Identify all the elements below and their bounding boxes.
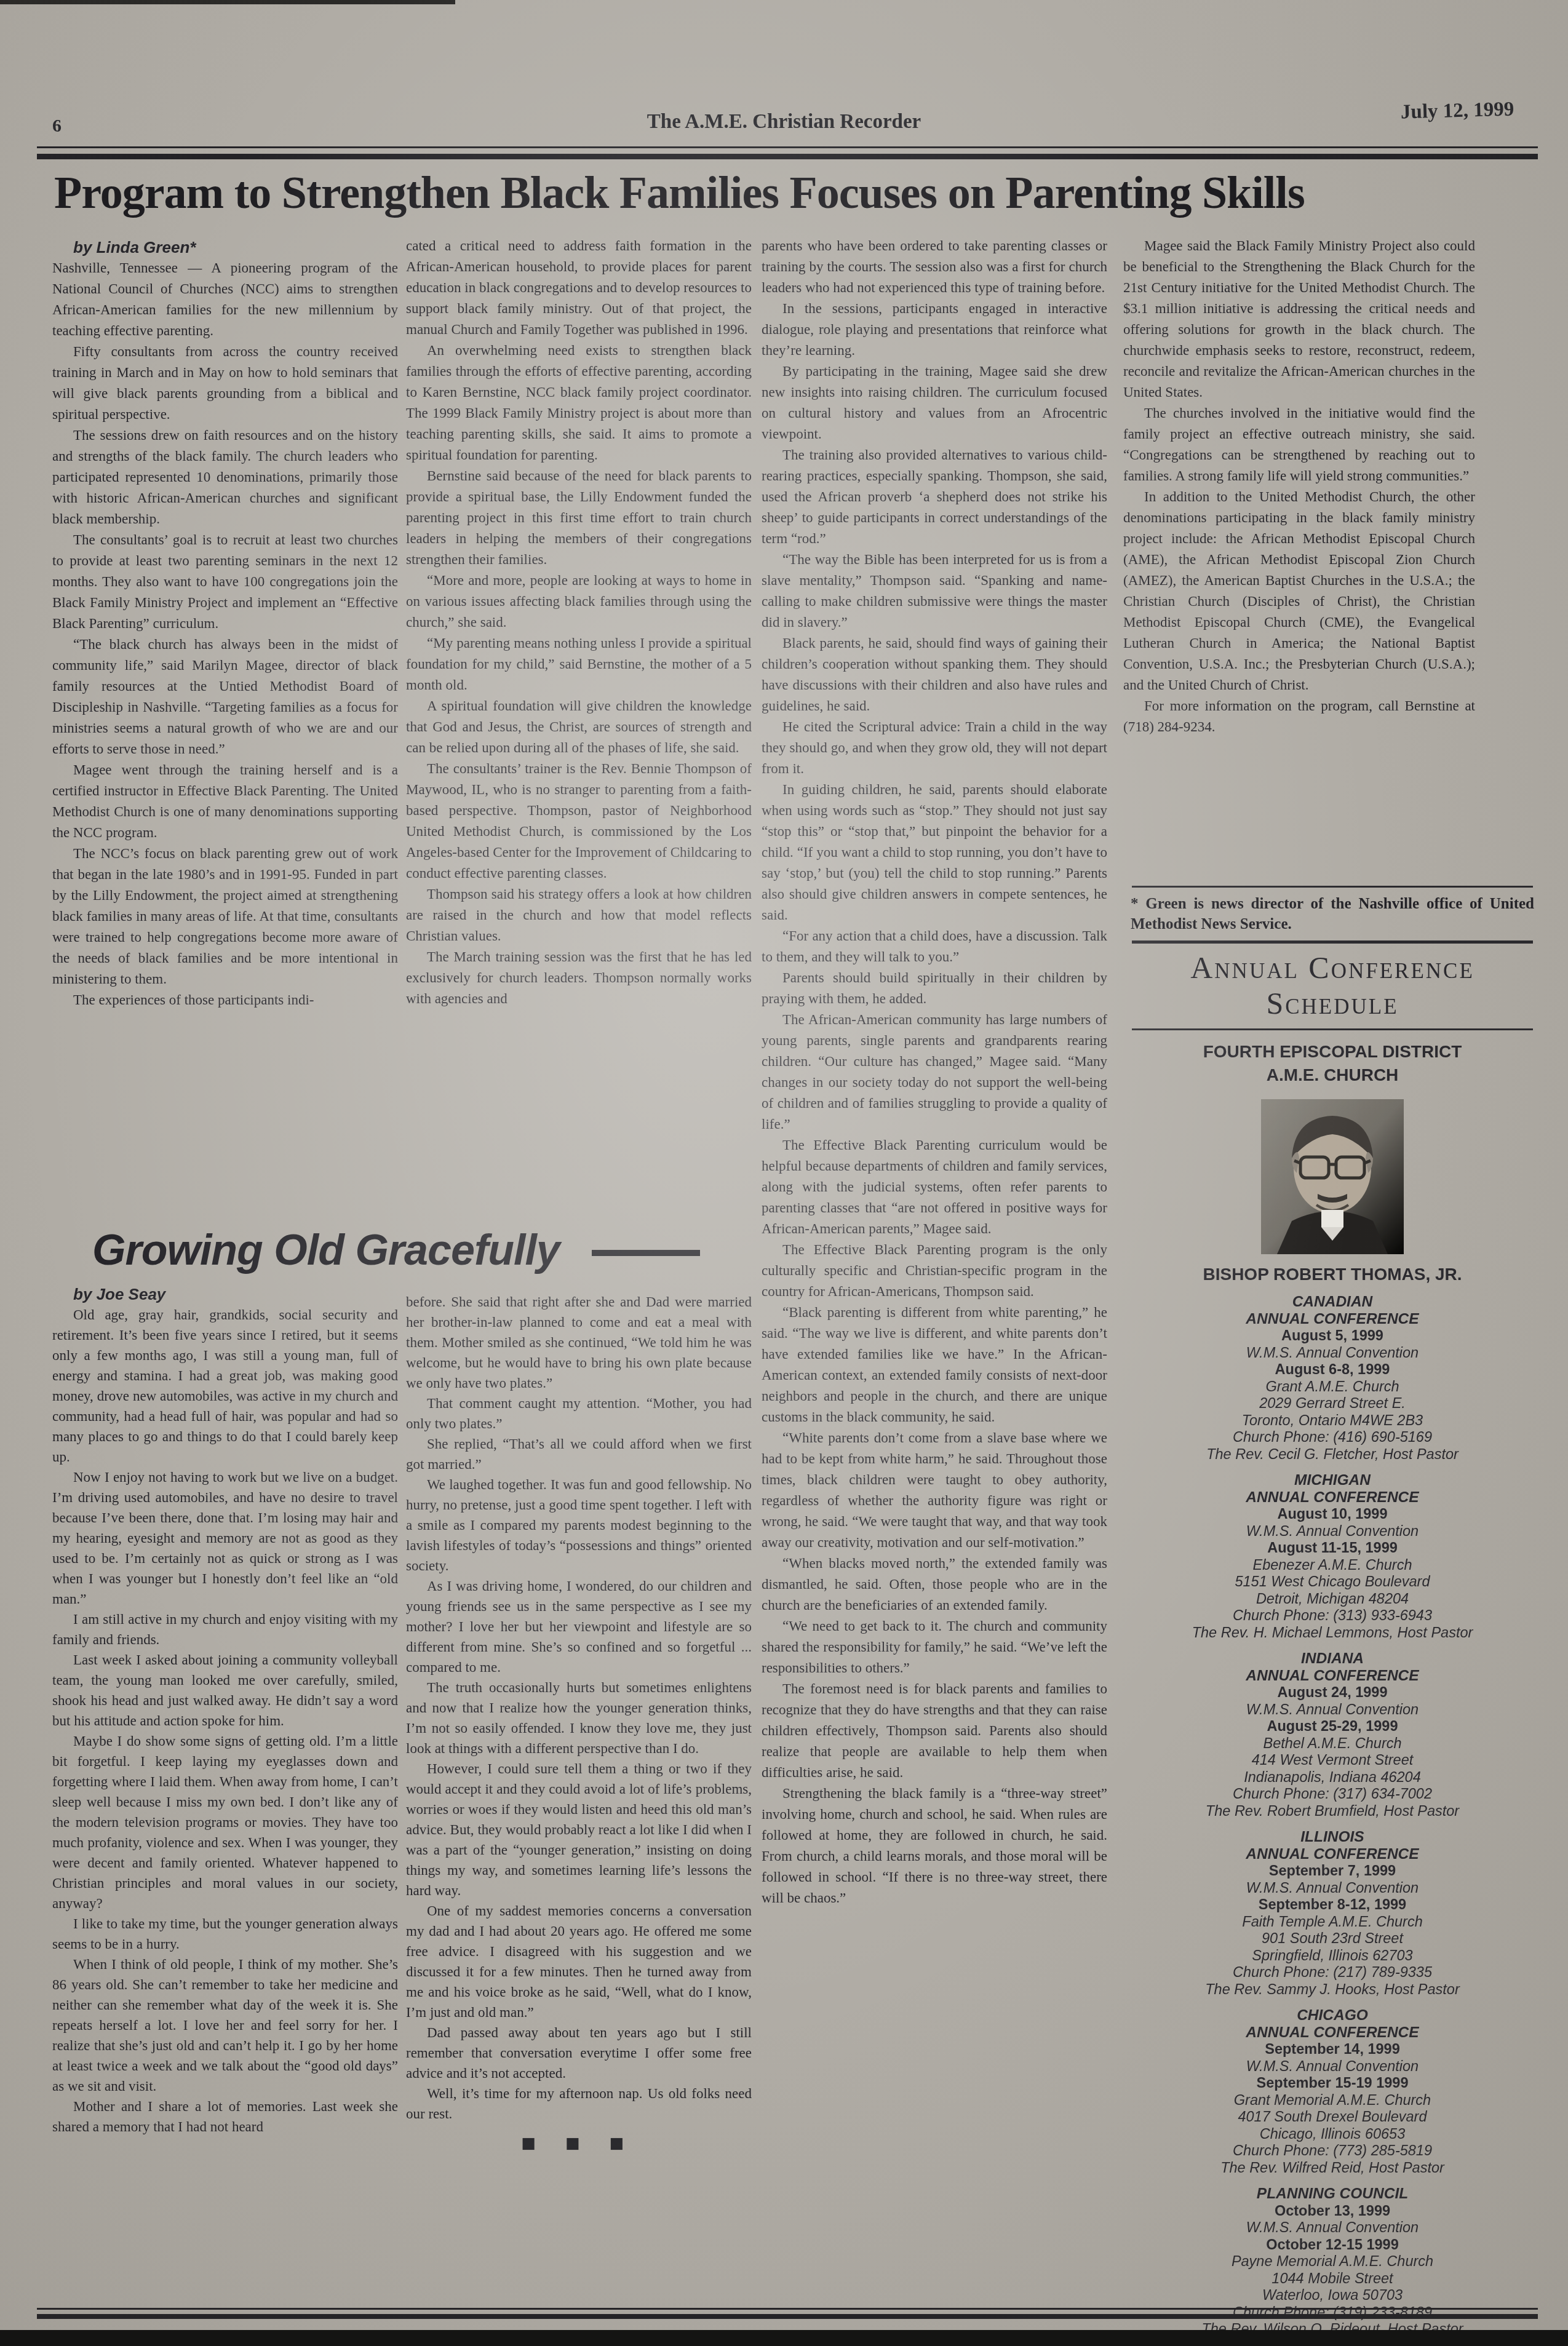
schedule-line: Faith Temple A.M.E. Church (1131, 1914, 1534, 1931)
schedule-line: 901 South 23rd Street (1131, 1930, 1534, 1947)
paragraph: “The way the Bible has been interpreted … (762, 549, 1107, 633)
column-text: before. She said that right after she an… (406, 1292, 752, 2124)
schedule-line: W.M.S. Annual Convention (1131, 1523, 1534, 1540)
schedule-line: The Rev. Wilfred Reid, Host Pastor (1131, 2160, 1534, 2177)
paragraph: However, I could sure tell them a thing … (406, 1759, 752, 1901)
paragraph: For more information on the program, cal… (1123, 696, 1475, 738)
schedule-line: Ebenezer A.M.E. Church (1131, 1557, 1534, 1574)
issue-date: July 12, 1999 (1400, 98, 1514, 124)
schedule-line: Waterloo, Iowa 50703 (1131, 2287, 1534, 2304)
schedule-line: 5151 West Chicago Boulevard (1131, 1573, 1534, 1591)
schedule-line: August 10, 1999 (1131, 1506, 1534, 1523)
schedule-line: ANNUAL CONFERENCE (1131, 1311, 1534, 1328)
bishop-photo (1261, 1099, 1404, 1257)
newspaper-page: 6 The A.M.E. Christian Recorder July 12,… (0, 0, 1568, 2330)
paragraph: A spiritual foundation will give childre… (406, 696, 752, 758)
paragraph: One of my saddest memories concerns a co… (406, 1901, 752, 2022)
schedule-line: W.M.S. Annual Convention (1131, 1345, 1534, 1362)
schedule-line: The Rev. Sammy J. Hooks, Host Pastor (1131, 1981, 1534, 1998)
scan-edge-bottom (0, 2330, 1568, 2346)
paragraph: parents who have been ordered to take pa… (762, 236, 1107, 298)
paragraph: In addition to the United Methodist Chur… (1123, 487, 1475, 696)
paragraph: As I was driving home, I wondered, do ou… (406, 1576, 752, 1677)
author-footnote: * Green is news director of the Nashvill… (1131, 894, 1534, 934)
growing-column-1: by Joe Seay Old age, gray hair, grandkid… (52, 1284, 398, 2137)
schedule-line: October 12-15 1999 (1131, 2237, 1534, 2254)
schedule-line: Bethel A.M.E. Church (1131, 1735, 1534, 1752)
paragraph: Bernstine said because of the need for b… (406, 466, 752, 570)
paragraph: Magee went through the training herself … (52, 760, 398, 843)
bishop-portrait-photo-icon (1261, 1099, 1404, 1254)
paragraph: “My parenting means nothing unless I pro… (406, 633, 752, 696)
paragraph: Last week I asked about joining a commun… (52, 1650, 398, 1731)
main-byline: by Linda Green* (52, 237, 398, 258)
schedule-line: September 8-12, 1999 (1131, 1896, 1534, 1914)
paragraph: The Effective Black Parenting program is… (762, 1239, 1107, 1302)
schedule-line: September 14, 1999 (1131, 2041, 1534, 2058)
schedule-line: The Rev. Cecil G. Fletcher, Host Pastor (1131, 1446, 1534, 1463)
paragraph: An overwhelming need exists to strengthe… (406, 340, 752, 466)
paragraph: Parents should build spiritually in thei… (762, 968, 1107, 1009)
schedule-line: W.M.S. Annual Convention (1131, 1880, 1534, 1897)
masthead-rule (37, 146, 1538, 159)
column-text: Magee said the Black Family Ministry Pro… (1123, 236, 1475, 738)
paragraph: The experiences of those participants in… (52, 990, 398, 1011)
main-article-column-4: Magee said the Black Family Ministry Pro… (1123, 236, 1475, 738)
main-article-column-3: parents who have been ordered to take pa… (762, 236, 1107, 1909)
paragraph: The consultants’ goal is to recruit at l… (52, 530, 398, 634)
schedule-line: CHICAGO (1131, 2007, 1534, 2024)
schedule-line: W.M.S. Annual Convention (1131, 1701, 1534, 1719)
paragraph: The foremost need is for black parents a… (762, 1679, 1107, 1783)
schedule-line: August 11-15, 1999 (1131, 1540, 1534, 1557)
divider-rule (1132, 1028, 1533, 1030)
schedule-line: 414 West Vermont Street (1131, 1752, 1534, 1769)
paragraph: I like to take my time, but the younger … (52, 1914, 398, 1954)
schedule-line: August 5, 1999 (1131, 1327, 1534, 1345)
schedule-title: Annual Conference Schedule (1131, 950, 1534, 1021)
paragraph: Nashville, Tennessee — A pioneering prog… (52, 258, 398, 341)
paragraph: Well, it’s time for my afternoon nap. Us… (406, 2083, 752, 2124)
paragraph: Magee said the Black Family Ministry Pro… (1123, 236, 1475, 403)
growing-byline: by Joe Seay (52, 1284, 398, 1305)
paragraph: Now I enjoy not having to work but we li… (52, 1467, 398, 1609)
divider-rule (1132, 940, 1533, 944)
schedule-entries: CANADIANANNUAL CONFERENCEAugust 5, 1999W… (1131, 1294, 1534, 2338)
paragraph: cated a critical need to address faith f… (406, 236, 752, 340)
schedule-line: ANNUAL CONFERENCE (1131, 2024, 1534, 2042)
schedule-line: INDIANA (1131, 1650, 1534, 1668)
paragraph: Thompson said his strategy offers a look… (406, 884, 752, 947)
paragraph: The African-American community has large… (762, 1009, 1107, 1135)
schedule-line: Grant Memorial A.M.E. Church (1131, 2092, 1534, 2109)
paragraph: The training also provided alternatives … (762, 445, 1107, 549)
paragraph: Black parents, he said, should find ways… (762, 633, 1107, 717)
paragraph: The sessions drew on faith resources and… (52, 425, 398, 530)
schedule-line: Church Phone: (773) 285-5819 (1131, 2142, 1534, 2160)
bottom-rule-thin (37, 2308, 1538, 2310)
paragraph: “For any action that a child does, have … (762, 926, 1107, 968)
schedule-line: Church Phone: (416) 690-5169 (1131, 1429, 1534, 1446)
paragraph: Fifty consultants from across the countr… (52, 341, 398, 425)
schedule-line: The Rev. Robert Brumfield, Host Pastor (1131, 1803, 1534, 1820)
growing-column-2: before. She said that right after she an… (406, 1292, 752, 2153)
bottom-rule-thick (37, 2314, 1538, 2319)
schedule-line: Detroit, Michigan 48204 (1131, 1591, 1534, 1608)
schedule-line: August 25-29, 1999 (1131, 1718, 1534, 1735)
main-article-column-2: cated a critical need to address faith f… (406, 236, 752, 1009)
schedule-line: W.M.S. Annual Convention (1131, 2058, 1534, 2075)
schedule-line: August 6-8, 1999 (1131, 1361, 1534, 1378)
paragraph: Strengthening the black family is a “thr… (762, 1783, 1107, 1909)
newspaper-title: The A.M.E. Christian Recorder (0, 111, 1568, 133)
schedule-line: ANNUAL CONFERENCE (1131, 1489, 1534, 1506)
paragraph: The NCC’s focus on black parenting grew … (52, 843, 398, 990)
paragraph: In the sessions, participants engaged in… (762, 298, 1107, 361)
schedule-line: PLANNING COUNCIL (1131, 2185, 1534, 2203)
schedule-line: Church Phone: (217) 789-9335 (1131, 1964, 1534, 1981)
paragraph: He cited the Scriptural advice: Train a … (762, 717, 1107, 779)
paragraph: The Effective Black Parenting curriculum… (762, 1135, 1107, 1239)
schedule-line: September 15-19 1999 (1131, 2075, 1534, 2092)
paragraph: The consultants’ trainer is the Rev. Ben… (406, 758, 752, 884)
column-text: parents who have been ordered to take pa… (762, 236, 1107, 1909)
scan-edge-top (0, 0, 455, 4)
column-text: cated a critical need to address faith f… (406, 236, 752, 1009)
schedule-line: Church Phone: (317) 634-7002 (1131, 1786, 1534, 1803)
paragraph: “We need to get back to it. The church a… (762, 1616, 1107, 1679)
headline-rule (592, 1250, 700, 1256)
schedule-line: Payne Memorial A.M.E. Church (1131, 2253, 1534, 2270)
schedule-line: MICHIGAN (1131, 1472, 1534, 1489)
paragraph: When I think of old people, I think of m… (52, 1954, 398, 2096)
paragraph: before. She said that right after she an… (406, 1292, 752, 1393)
bishop-caption: BISHOP ROBERT THOMAS, JR. (1131, 1265, 1534, 1284)
paragraph: Mother and I share a lot of memories. La… (52, 2096, 398, 2137)
schedule-line: Church Phone: (313) 933-6943 (1131, 1607, 1534, 1624)
paragraph: By participating in the training, Magee … (762, 361, 1107, 445)
schedule-line: September 7, 1999 (1131, 1863, 1534, 1880)
paragraph: “The black church has always been in the… (52, 634, 398, 760)
growing-old-headline: Growing Old Gracefully (92, 1225, 560, 1274)
paragraph: We laughed together. It was fun and good… (406, 1474, 752, 1576)
schedule-line: 4017 South Drexel Boulevard (1131, 2109, 1534, 2126)
schedule-line: The Rev. H. Michael Lemmons, Host Pastor (1131, 1624, 1534, 1642)
schedule-line: ANNUAL CONFERENCE (1131, 1668, 1534, 1685)
column-text: Old age, gray hair, grandkids, social se… (52, 1305, 398, 2137)
district-name-line2: A.M.E. CHURCH (1131, 1064, 1534, 1087)
end-of-article-mark: ■ ■ ■ (406, 2133, 752, 2153)
schedule-line: CANADIAN (1131, 1294, 1534, 1311)
paragraph: She replied, “That’s all we could afford… (406, 1434, 752, 1474)
main-headline: Program to Strengthen Black Families Foc… (54, 167, 1305, 220)
paragraph: I am still active in my church and enjoy… (52, 1609, 398, 1650)
schedule-line: October 13, 1999 (1131, 2203, 1534, 2220)
paragraph: Old age, gray hair, grandkids, social se… (52, 1305, 398, 1467)
main-article-column-1: by Linda Green* Nashville, Tennessee — A… (52, 237, 398, 1011)
paragraph: That comment caught my attention. “Mothe… (406, 1393, 752, 1434)
schedule-line: Springfield, Illinois 62703 (1131, 1947, 1534, 1965)
schedule-line: Indianapolis, Indiana 46204 (1131, 1769, 1534, 1786)
schedule-line: 2029 Gerrard Street E. (1131, 1395, 1534, 1412)
paragraph: “More and more, people are looking at wa… (406, 570, 752, 633)
schedule-line: ILLINOIS (1131, 1829, 1534, 1846)
paragraph: “White parents don’t come from a slave b… (762, 1428, 1107, 1553)
schedule-line: 1044 Mobile Street (1131, 2270, 1534, 2288)
divider-rule (1132, 886, 1533, 888)
paragraph: Dad passed away about ten years ago but … (406, 2022, 752, 2083)
paragraph: The truth occasionally hurts but sometim… (406, 1677, 752, 1759)
paragraph: The March training session was the first… (406, 947, 752, 1009)
paragraph: “When blacks moved north,” the extended … (762, 1553, 1107, 1616)
schedule-line: W.M.S. Annual Convention (1131, 2219, 1534, 2237)
paragraph: “Black parenting is different from white… (762, 1302, 1107, 1428)
schedule-line: August 24, 1999 (1131, 1684, 1534, 1701)
schedule-line: Grant A.M.E. Church (1131, 1378, 1534, 1396)
paragraph: In guiding children, he said, parents sh… (762, 779, 1107, 926)
schedule-line: ANNUAL CONFERENCE (1131, 1846, 1534, 1863)
district-name-line1: FOURTH EPISCOPAL DISTRICT (1131, 1040, 1534, 1064)
column-text: Nashville, Tennessee — A pioneering prog… (52, 258, 398, 1011)
schedule-line: Chicago, Illinois 60653 (1131, 2126, 1534, 2143)
paragraph: The churches involved in the initiative … (1123, 403, 1475, 487)
schedule-block: * Green is news director of the Nashvill… (1131, 886, 1534, 2338)
paragraph: Maybe I do show some signs of getting ol… (52, 1731, 398, 1914)
schedule-line: Toronto, Ontario M4WE 2B3 (1131, 1412, 1534, 1429)
